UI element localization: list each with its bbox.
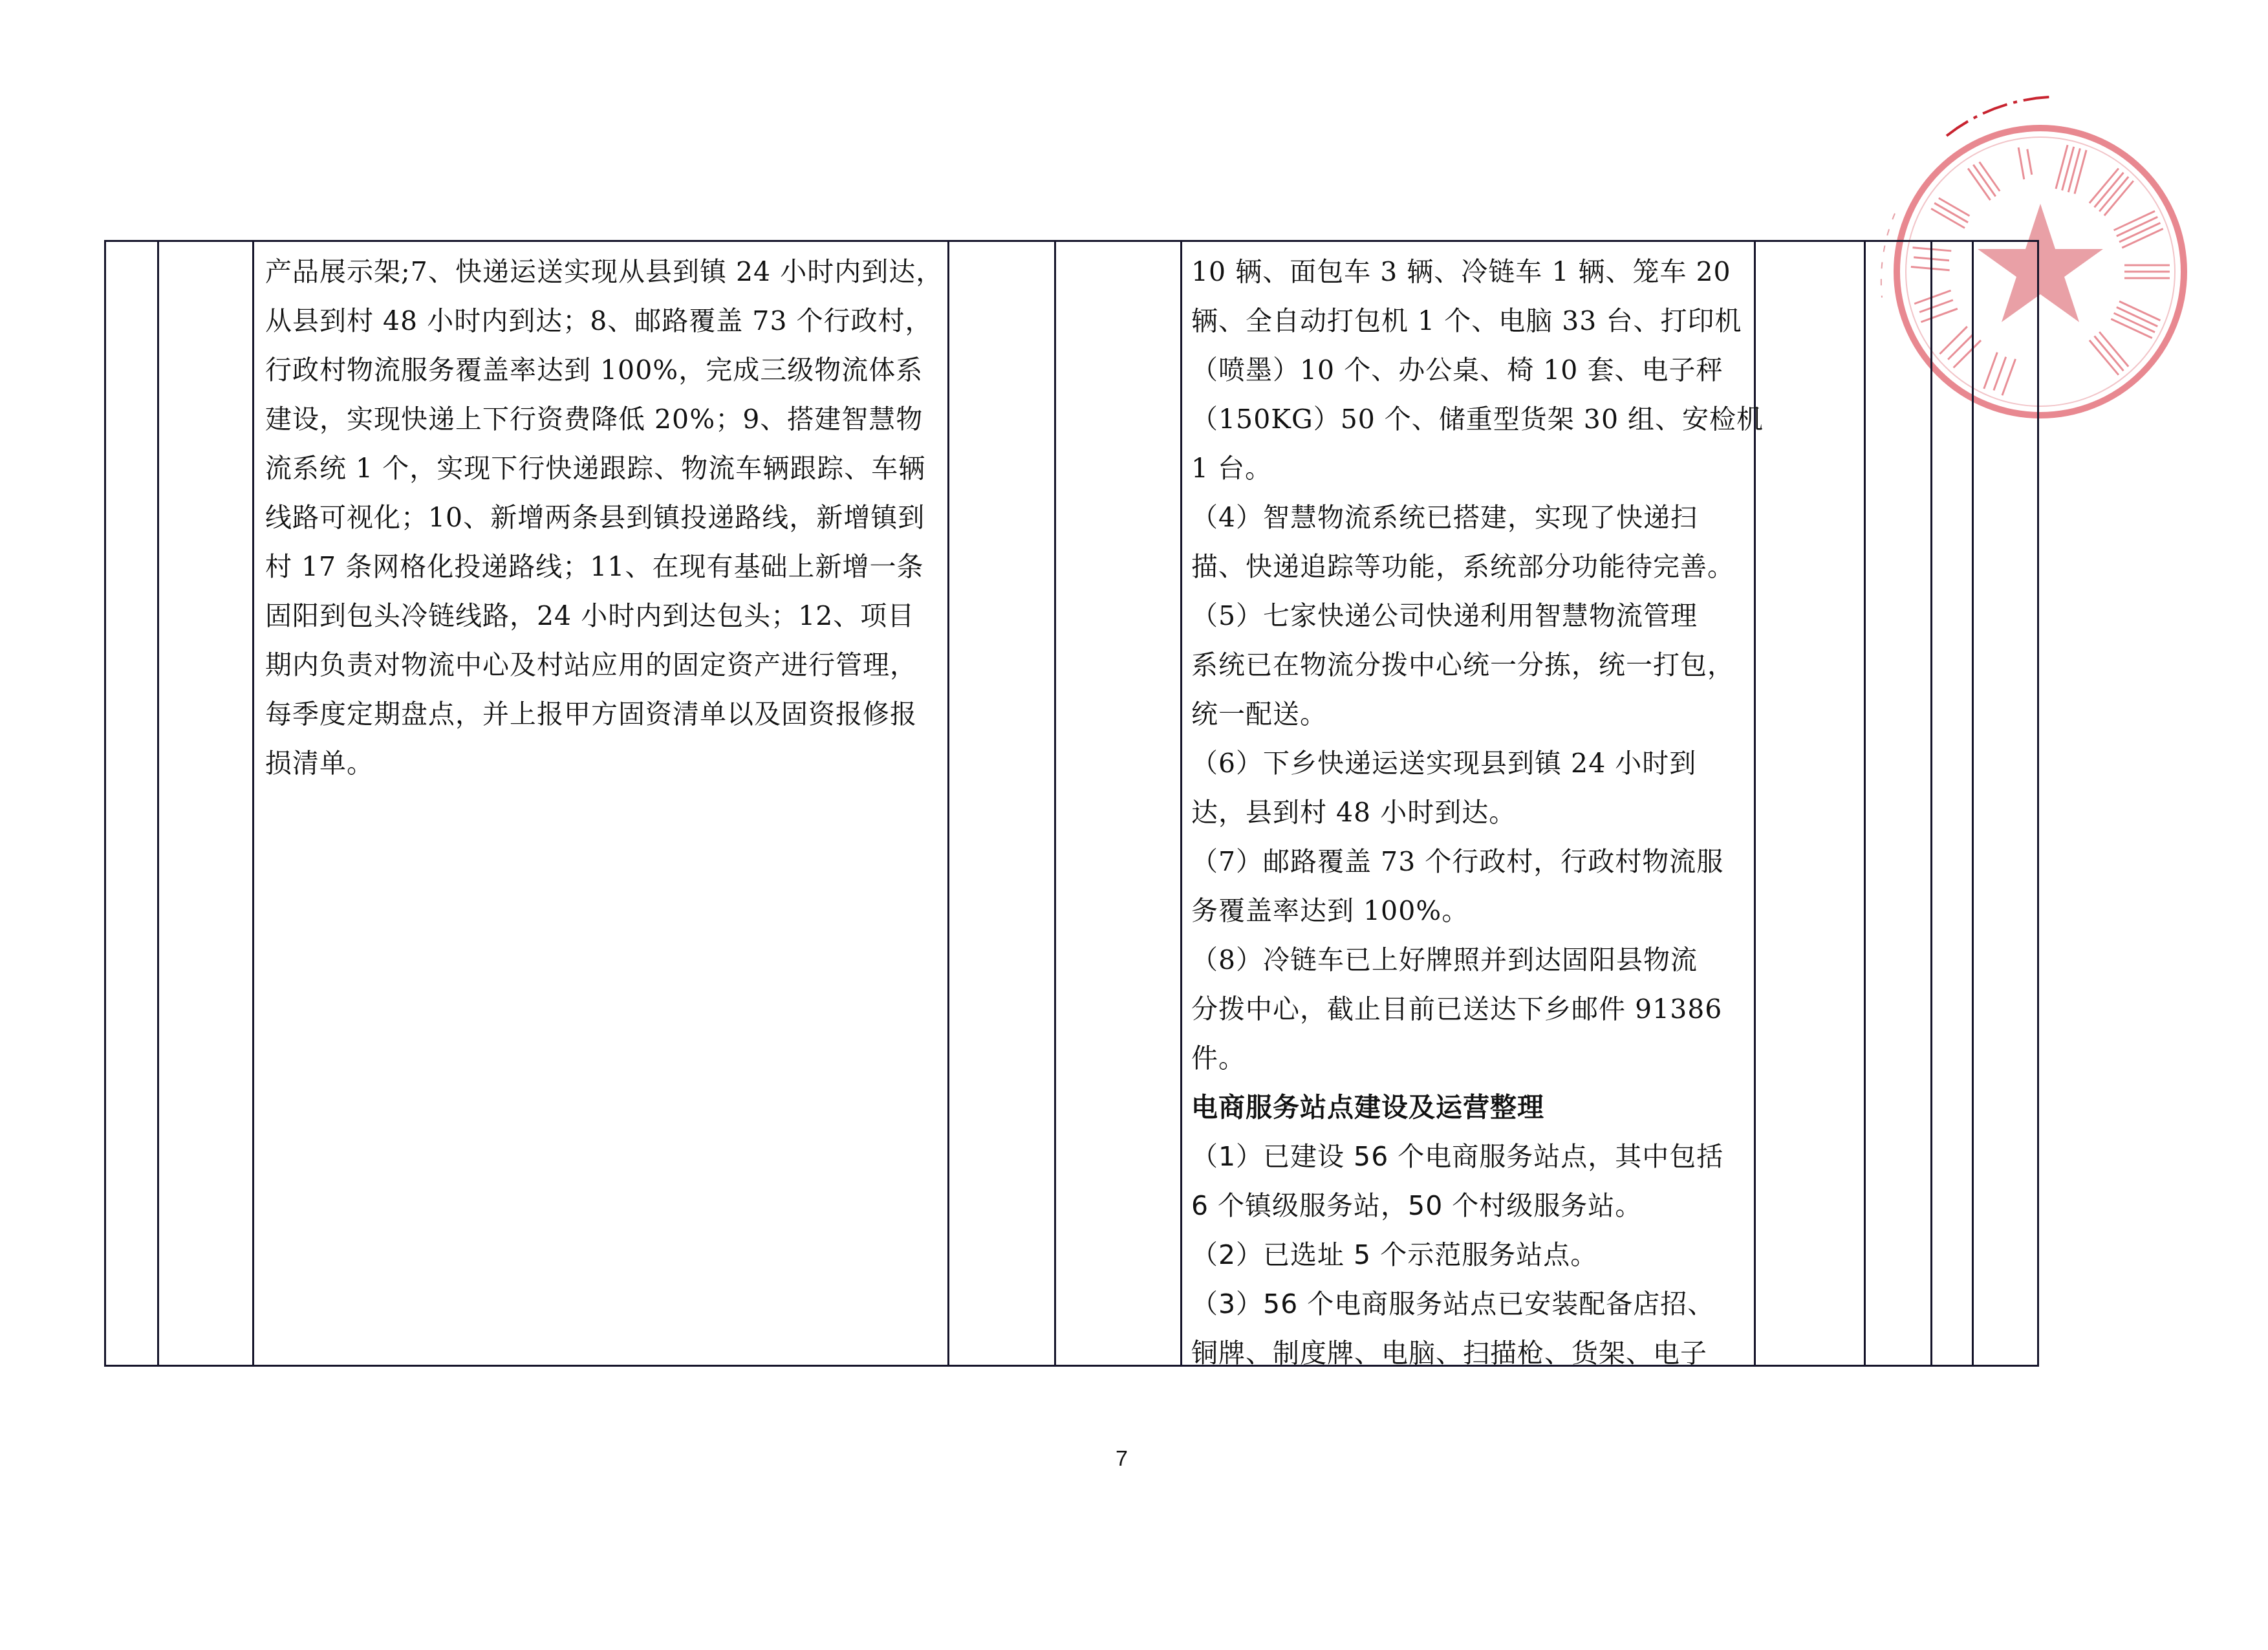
table-column-divider [1054, 240, 1056, 1367]
section-heading: 电商服务站点建设及运营整理 [1191, 1083, 1764, 1132]
table-column-divider [1864, 240, 1866, 1367]
table-column-divider [947, 240, 949, 1367]
table-column-divider [252, 240, 254, 1367]
progress-line: 铜牌、制度牌、电脑、扫描枪、货架、电子 [1191, 1329, 1764, 1378]
task-description-cell: 产品展示架;7、快递运送实现从县到镇 24 小时内到达， 从县到村 48 小时内… [265, 247, 943, 788]
description-line: 每季度定期盘点，并上报甲方固资清单以及固资报修报 [265, 689, 943, 739]
progress-line: （4）智慧物流系统已搭建，实现了快递扫 [1191, 493, 1764, 542]
progress-line: （1）已建设 56 个电商服务站点，其中包括 [1191, 1132, 1764, 1181]
progress-line: 1 台。 [1191, 444, 1764, 493]
progress-line: （150KG）50 个、储重型货架 30 组、安检机 [1191, 395, 1764, 444]
description-line: 村 17 条网格化投递路线；11、在现有基础上新增一条 [265, 542, 943, 591]
progress-line: （6）下乡快递运送实现县到镇 24 小时到 [1191, 739, 1764, 788]
progress-line: 10 辆、面包车 3 辆、冷链车 1 辆、笼车 20 [1191, 247, 1764, 296]
description-line: 从县到村 48 小时内到达；8、邮路覆盖 73 个行政村， [265, 296, 943, 345]
progress-line: 件。 [1191, 1034, 1764, 1083]
description-line: 建设，实现快递上下行资费降低 20%；9、搭建智慧物 [265, 395, 943, 444]
description-line: 期内负责对物流中心及村站应用的固定资产进行管理， [265, 640, 943, 689]
description-line: 产品展示架;7、快递运送实现从县到镇 24 小时内到达， [265, 247, 943, 296]
progress-line: （3）56 个电商服务站点已安装配备店招、 [1191, 1279, 1764, 1329]
page-number: 7 [1116, 1446, 1128, 1471]
progress-line: （8）冷链车已上好牌照并到达固阳县物流 [1191, 935, 1764, 984]
document-page: 产品展示架;7、快递运送实现从县到镇 24 小时内到达， 从县到村 48 小时内… [0, 0, 2268, 1650]
table-column-divider [157, 240, 159, 1367]
progress-line: 系统已在物流分拨中心统一分拣，统一打包， [1191, 640, 1764, 689]
progress-line: 6 个镇级服务站，50 个村级服务站。 [1191, 1181, 1764, 1230]
progress-line: （喷墨）10 个、办公桌、椅 10 套、电子秤 [1191, 345, 1764, 395]
description-line: 损清单。 [265, 739, 943, 788]
table-column-divider [1180, 240, 1182, 1367]
progress-line: 务覆盖率达到 100%。 [1191, 886, 1764, 935]
description-line: 行政村物流服务覆盖率达到 100%，完成三级物流体系 [265, 345, 943, 395]
table-column-divider [1930, 240, 1932, 1367]
progress-line: 描、快递追踪等功能，系统部分功能待完善。 [1191, 542, 1764, 591]
progress-status-cell: 10 辆、面包车 3 辆、冷链车 1 辆、笼车 20 辆、全自动打包机 1 个、… [1191, 247, 1764, 1378]
table-column-divider [1972, 240, 1974, 1367]
progress-line: （2）已选址 5 个示范服务站点。 [1191, 1230, 1764, 1279]
progress-line: 达，县到村 48 小时到达。 [1191, 788, 1764, 837]
progress-line: 分拨中心，截止目前已送达下乡邮件 91386 [1191, 984, 1764, 1034]
progress-line: （7）邮路覆盖 73 个行政村，行政村物流服 [1191, 837, 1764, 886]
description-line: 流系统 1 个，实现下行快递跟踪、物流车辆跟踪、车辆 [265, 444, 943, 493]
progress-line: （5）七家快递公司快递利用智慧物流管理 [1191, 591, 1764, 640]
progress-line: 辆、全自动打包机 1 个、电脑 33 台、打印机 [1191, 296, 1764, 345]
progress-line: 统一配送。 [1191, 689, 1764, 739]
description-line: 固阳到包头冷链线路，24 小时内到达包头；12、项目 [265, 591, 943, 640]
description-line: 线路可视化；10、新增两条县到镇投递路线，新增镇到 [265, 493, 943, 542]
